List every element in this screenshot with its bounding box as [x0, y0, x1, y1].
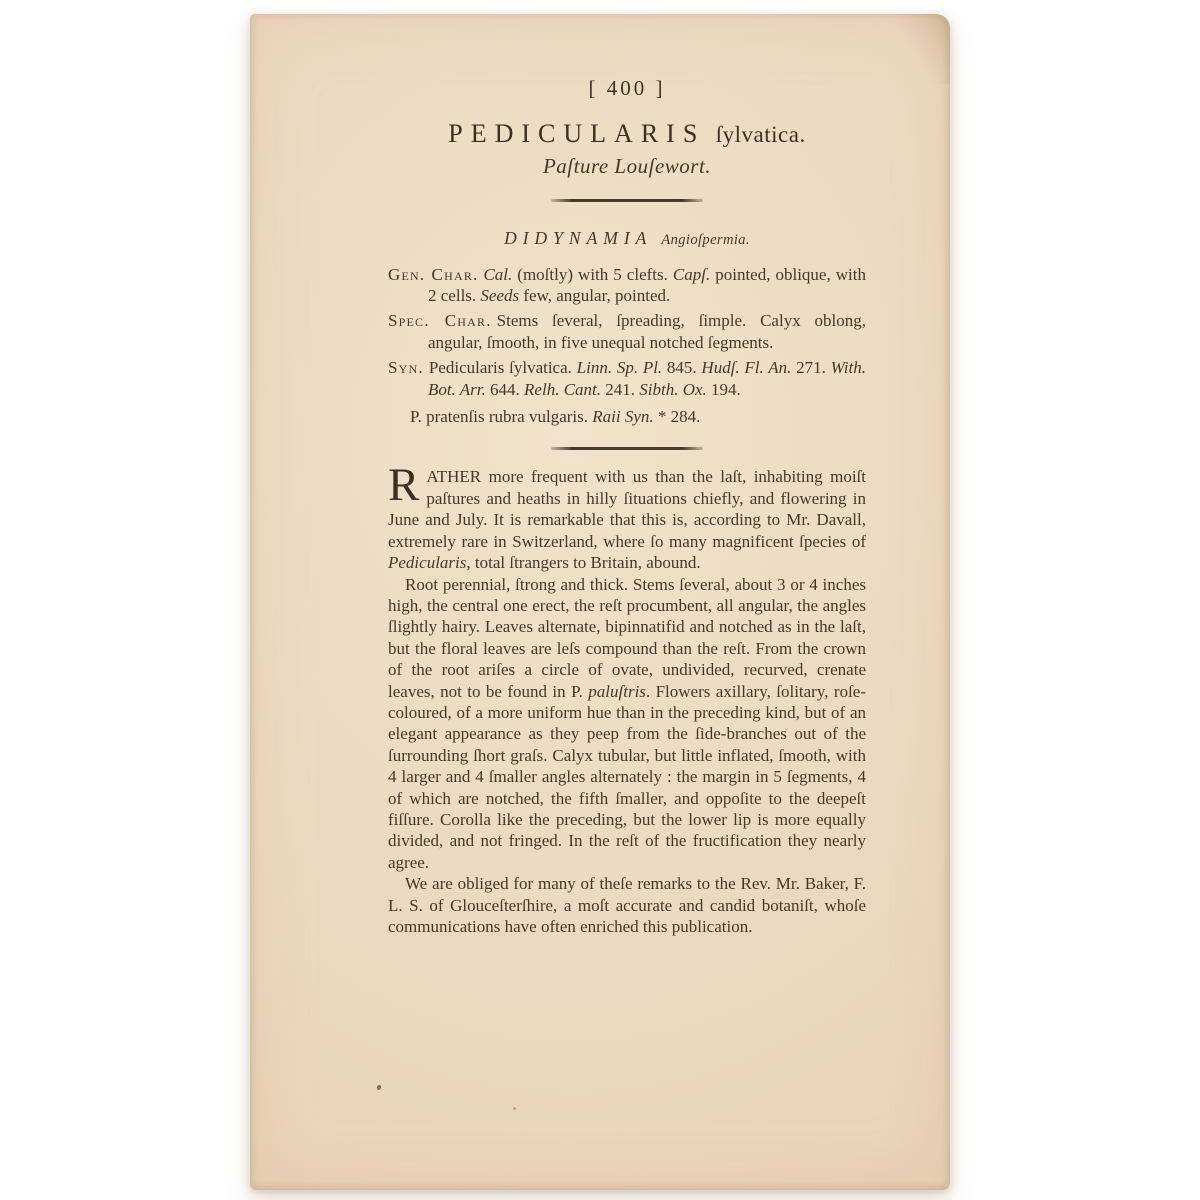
- text-run: 194.: [707, 380, 741, 399]
- text-run: few, angular, pointed.: [519, 286, 670, 305]
- paper-speck: [377, 1085, 381, 1090]
- italic-text-run: Raii Syn.: [592, 407, 653, 426]
- text-run: 241.: [601, 380, 639, 399]
- entry-label: Gen. Char.: [388, 265, 478, 284]
- text-run: Stems ſeveral, ſpreading, ſimple. Calyx …: [428, 311, 866, 351]
- book-page: [ 400 ] PEDICULARIS ſylvatica. Paſture L…: [250, 14, 950, 1190]
- page-title: PEDICULARIS ſylvatica.: [388, 123, 866, 145]
- class-name: DIDYNAMIA: [504, 228, 652, 248]
- italic-text-run: paluſtris: [588, 682, 646, 701]
- text-run: We are obliged for many of theſe remarks…: [388, 874, 866, 936]
- body-text: RATHER more frequent with us than the la…: [388, 466, 866, 937]
- paper-speck: [513, 1107, 516, 1110]
- italic-text-run: Capſ.: [673, 265, 710, 284]
- entry-label: Syn.: [388, 358, 424, 377]
- page-corner-fold: [894, 14, 950, 84]
- entry-spec-char: Spec. Char.Stems ſeveral, ſpreading, ſim…: [388, 310, 866, 353]
- italic-text-run: Cal.: [483, 265, 512, 284]
- paragraph: We are obliged for many of theſe remarks…: [388, 873, 866, 937]
- italic-text-run: Pedicularis: [388, 553, 466, 572]
- title-genus: PEDICULARIS: [448, 119, 705, 148]
- italic-text-run: Sibth. Ox.: [639, 380, 707, 399]
- entry-syn: Syn.Pedicularis ſylvatica. Linn. Sp. Pl.…: [388, 357, 866, 400]
- entry-syn-2: P. pratenſis rubra vulgaris. Raii Syn. *…: [388, 406, 866, 427]
- order-name: Angioſpermia.: [661, 232, 750, 248]
- common-name: Paſture Louſewort.: [388, 156, 866, 177]
- italic-text-run: Seeds: [480, 286, 519, 305]
- title-species: ſylvatica.: [716, 122, 806, 147]
- text-run: 845.: [662, 358, 701, 377]
- classification-line: DIDYNAMIAAngioſpermia.: [388, 228, 866, 251]
- text-run: . Flowers axillary, ſolitary, roſe-colou…: [388, 682, 866, 872]
- italic-text-run: Linn. Sp. Pl.: [577, 358, 663, 377]
- text-run: * 284.: [654, 407, 701, 426]
- divider-rule-top: [551, 199, 703, 202]
- italic-text-run: Hudſ. Fl. An.: [701, 358, 791, 377]
- text-run: ATHER more frequent with us than the laſ…: [388, 467, 866, 550]
- entry-label: Spec. Char.: [388, 311, 492, 330]
- text-run: Pedicularis ſylvatica.: [429, 358, 577, 377]
- text-run: 271.: [791, 358, 830, 377]
- text-run: (moſtly) with 5 clefts.: [512, 265, 673, 284]
- page-content: [ 400 ] PEDICULARIS ſylvatica. Paſture L…: [388, 14, 866, 937]
- paragraph: Root perennial, ſtrong and thick. Stems …: [388, 574, 866, 874]
- page-number: [ 400 ]: [388, 78, 866, 99]
- italic-text-run: Relh. Cant.: [524, 380, 601, 399]
- text-run: P. pratenſis rubra vulgaris.: [410, 407, 592, 426]
- paragraph: RATHER more frequent with us than the la…: [388, 466, 866, 573]
- character-entries: Gen. Char.Cal. (moſtly) with 5 clefts. C…: [388, 264, 866, 428]
- text-run: , total ſtrangers to Britain, abound.: [466, 553, 700, 572]
- text-run: 644.: [486, 380, 524, 399]
- dropcap-letter: R: [388, 466, 426, 504]
- entry-gen-char: Gen. Char.Cal. (moſtly) with 5 clefts. C…: [388, 264, 866, 307]
- divider-rule-middle: [551, 447, 703, 450]
- scan-background: [ 400 ] PEDICULARIS ſylvatica. Paſture L…: [0, 0, 1200, 1200]
